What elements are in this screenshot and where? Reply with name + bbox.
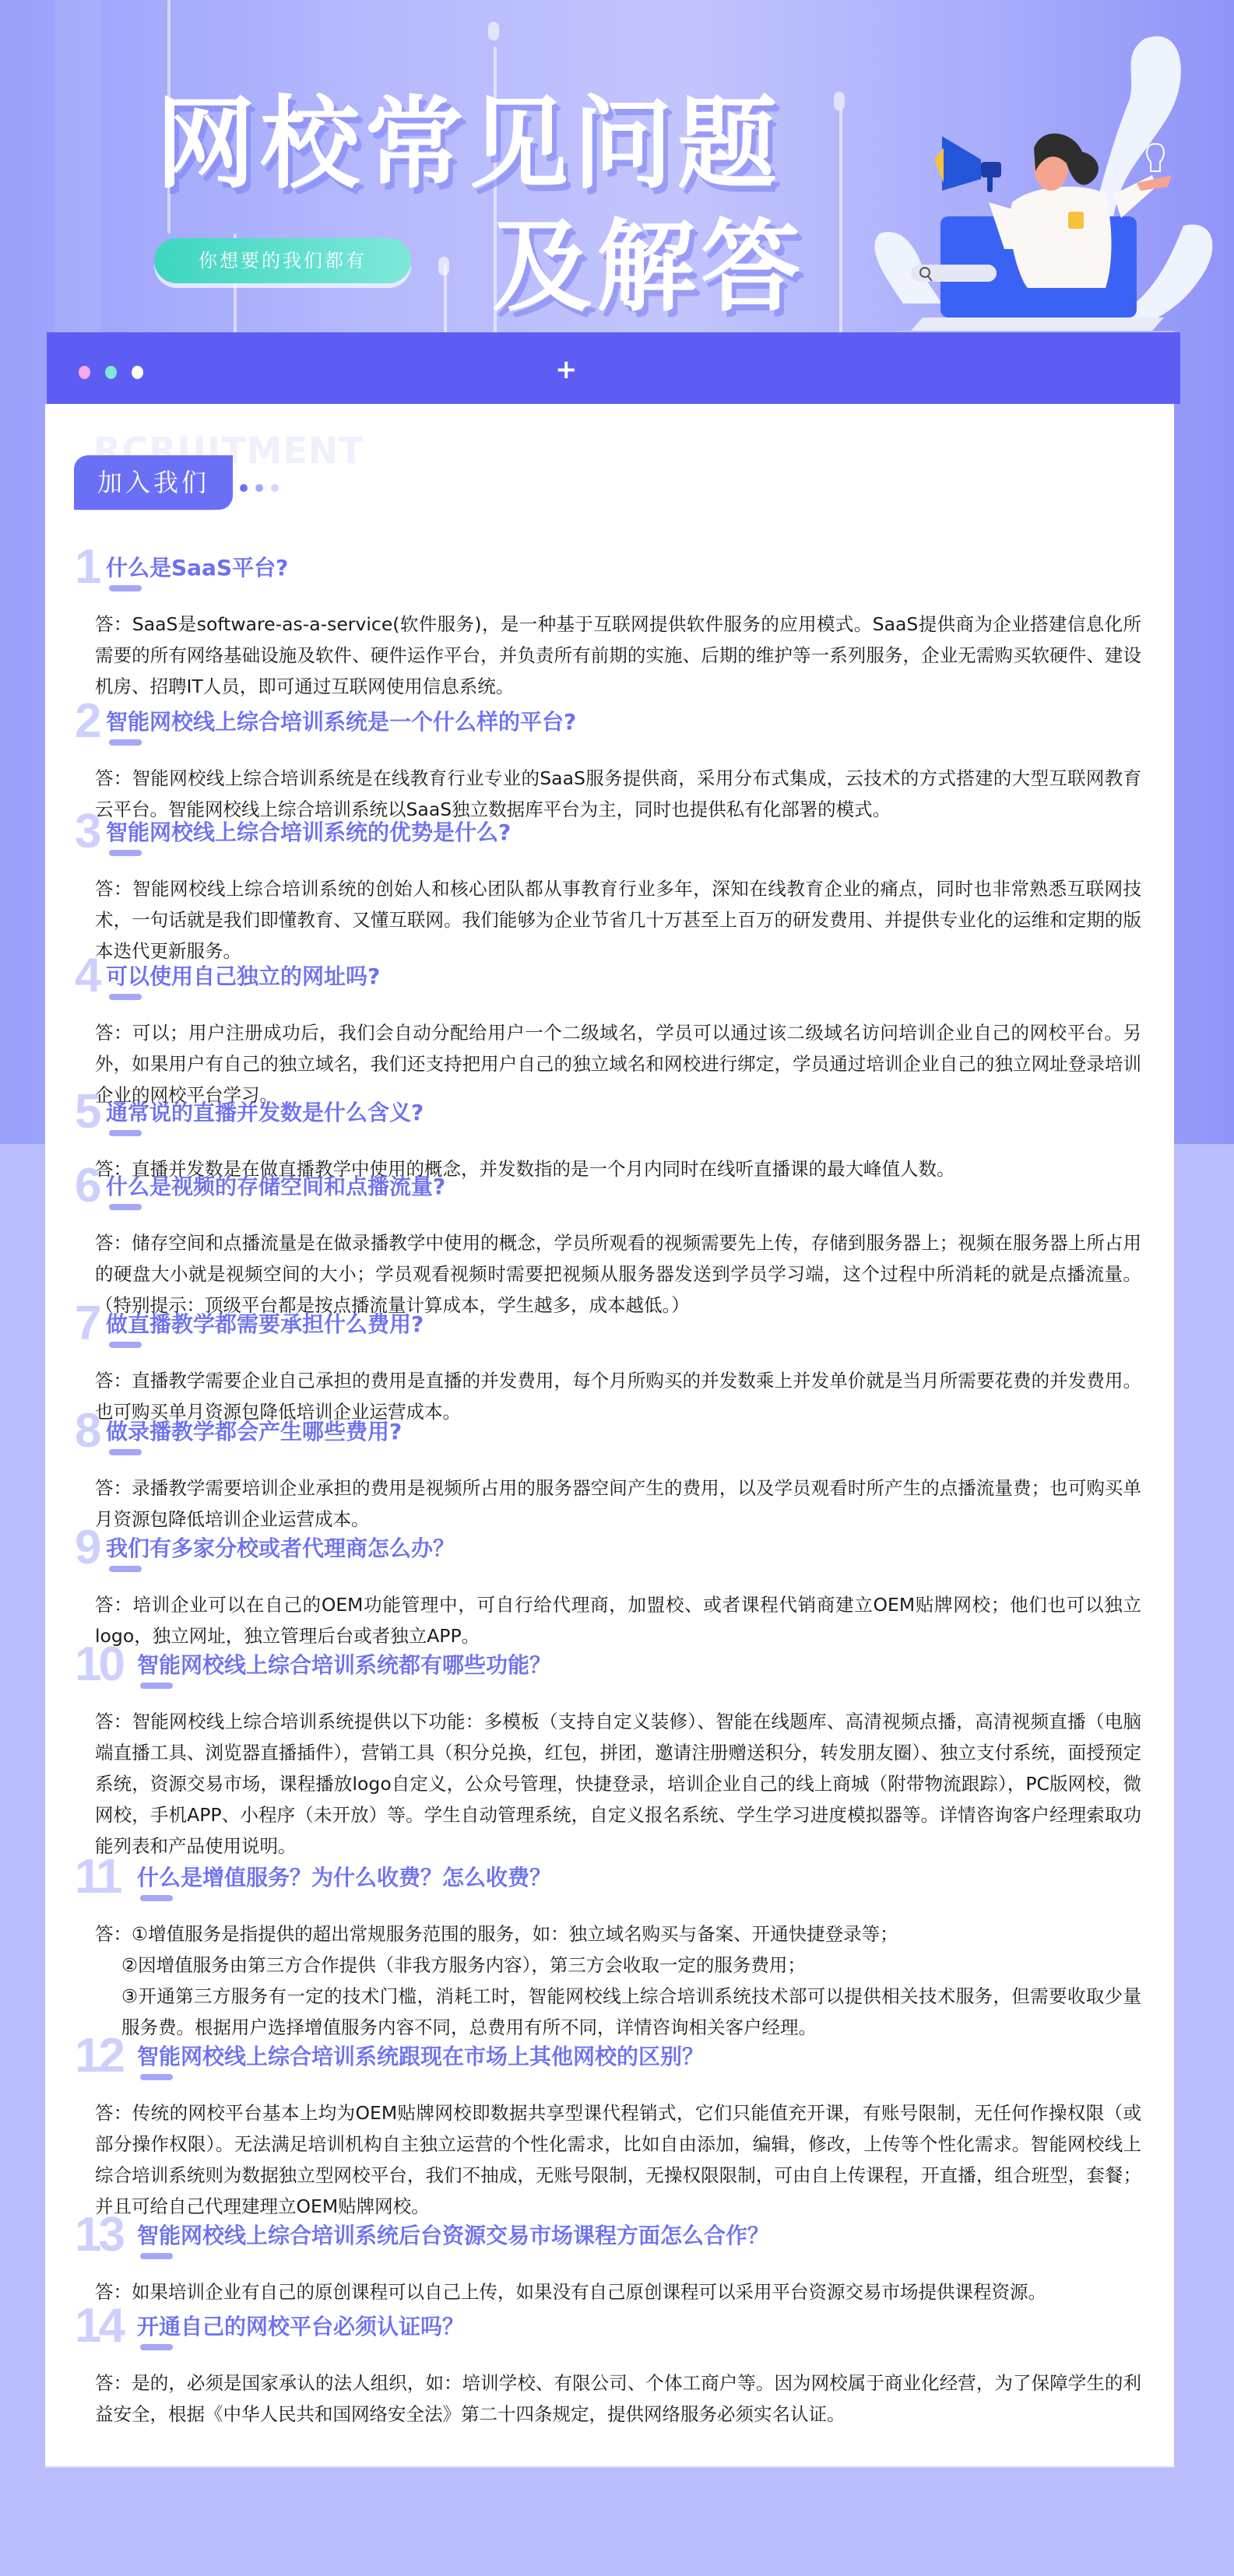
question-underline xyxy=(140,2344,173,2350)
deco-dot xyxy=(438,257,449,275)
faq-question: 智能网校线上综合培训系统后台资源交易市场课程方面怎么合作？ xyxy=(137,2219,769,2250)
faq-question: 可以使用自己独立的网址吗? xyxy=(106,960,380,991)
plus-icon: + xyxy=(555,354,578,385)
faq-question: 什么是SaaS平台? xyxy=(106,551,288,582)
page-title-line-2: 及解答 xyxy=(492,187,805,330)
faq-question-row: 14开通自己的网校平台必须认证吗？ xyxy=(75,2304,1149,2349)
window-dot-white xyxy=(132,366,143,379)
slogan-pill: 你想要的我们都有 xyxy=(154,238,411,283)
faq-item: 4可以使用自己独立的网址吗?答：可以；用户注册成功后，我们会自动分配给用户一个二… xyxy=(75,953,1149,1111)
faq-item: 9我们有多家分校或者代理商怎么办？答：培训企业可以在自己的OEM功能管理中，可自… xyxy=(75,1525,1149,1651)
question-number: 13 xyxy=(75,2209,122,2261)
question-number: 6 xyxy=(75,1160,98,1212)
answer-paragraph: ②因增值服务由第三方合作提供（非我方服务内容），第三方会收取一定的服务费用； xyxy=(95,1950,1141,1981)
question-underline xyxy=(109,739,142,746)
deco-dot xyxy=(834,92,845,111)
answer-paragraph: 答：是的，必须是国家承认的法人组织，如：培训学校、有限公司、个体工商户等。因为网… xyxy=(95,2367,1141,2430)
faq-item: 6什么是视频的存储空间和点播流量?答：储存空间和点播流量是在做录播教学中使用的概… xyxy=(75,1163,1149,1321)
answer-paragraph: 答：如果培训企业有自己的原创课程可以自己上传，如果没有自己原创课程可以采用平台资… xyxy=(95,2276,1141,2308)
faq-item: 14开通自己的网校平台必须认证吗？答：是的，必须是国家承认的法人组织，如：培训学… xyxy=(75,2304,1149,2430)
faq-item: 2智能网校线上综合培训系统是一个什么样的平台?答：智能网校线上综合培训系统是在线… xyxy=(75,699,1149,825)
question-underline xyxy=(109,994,142,1000)
faq-item: 10智能网校线上综合培训系统都有哪些功能？答：智能网校线上综合培训系统提供以下功… xyxy=(75,1642,1149,1862)
faq-answer: 答：是的，必须是国家承认的法人组织，如：培训学校、有限公司、个体工商户等。因为网… xyxy=(75,2367,1149,2430)
megaphone xyxy=(942,136,981,191)
faq-question-row: 12智能网校线上综合培训系统跟现在市场上其他网校的区别？ xyxy=(75,2034,1149,2079)
answer-paragraph: 答：①增值服务是指提供的超出常规服务范围的服务，如：独立域名购买与备案、开通快捷… xyxy=(95,1918,1141,1950)
faq-answer: 答：智能网校线上综合培训系统的创始人和核心团队都从事教育行业多年，深知在线教育企… xyxy=(75,873,1149,967)
faq-question: 做录播教学都会产生哪些费用? xyxy=(106,1415,402,1446)
faq-question-row: 9我们有多家分校或者代理商怎么办？ xyxy=(75,1525,1149,1571)
faq-question: 智能网校线上综合培训系统的优势是什么? xyxy=(106,816,511,847)
faq-answer: 答：传统的网校平台基本上均为OEM贴牌网校即数据共享型课代程销式，它们只能值充开… xyxy=(75,2097,1149,2222)
question-underline xyxy=(109,1342,142,1348)
faq-item: 3智能网校线上综合培训系统的优势是什么?答：智能网校线上综合培训系统的创始人和核… xyxy=(75,809,1149,967)
faq-item: 11什么是增值服务？为什么收费？怎么收费？答：①增值服务是指提供的超出常规服务范… xyxy=(75,1855,1149,2043)
question-number: 5 xyxy=(75,1086,98,1138)
faq-question: 通常说的直播并发数是什么含义? xyxy=(106,1096,424,1127)
question-number: 12 xyxy=(75,2030,122,2082)
faq-question-row: 2智能网校线上综合培训系统是一个什么样的平台? xyxy=(75,699,1149,744)
question-underline xyxy=(140,1683,173,1689)
question-underline xyxy=(140,2253,173,2259)
faq-answer: 答：智能网校线上综合培训系统提供以下功能：多模板（支持自定义装修）、智能在线题库… xyxy=(75,1706,1149,1862)
dot-icon xyxy=(271,484,279,492)
faq-answer: 答：SaaS是software-as-a-service(软件服务)，是一种基于… xyxy=(75,609,1149,702)
question-number: 8 xyxy=(75,1406,98,1457)
answer-paragraph: 答：传统的网校平台基本上均为OEM贴牌网校即数据共享型课代程销式，它们只能值充开… xyxy=(95,2097,1141,2222)
question-number: 4 xyxy=(75,950,98,1002)
question-number: 1 xyxy=(75,542,98,593)
faq-item: 8做录播教学都会产生哪些费用?答：录播教学需要培训企业承担的费用是视频所占用的服… xyxy=(75,1409,1149,1535)
question-underline xyxy=(109,1204,142,1210)
faq-question-row: 7做直播教学都需要承担什么费用? xyxy=(75,1301,1149,1346)
answer-paragraph: 答：智能网校线上综合培训系统提供以下功能：多模板（支持自定义装修）、智能在线题库… xyxy=(95,1706,1141,1862)
faq-item: 12智能网校线上综合培训系统跟现在市场上其他网校的区别？答：传统的网校平台基本上… xyxy=(75,2034,1149,2222)
faq-question-row: 8做录播教学都会产生哪些费用? xyxy=(75,1409,1149,1454)
question-number: 9 xyxy=(75,1522,98,1574)
faq-question-row: 11什么是增值服务？为什么收费？怎么收费？ xyxy=(75,1855,1149,1900)
question-underline xyxy=(140,1895,173,1901)
question-underline xyxy=(109,850,142,856)
dot-icon xyxy=(240,484,248,492)
faq-question: 什么是增值服务？为什么收费？怎么收费？ xyxy=(137,1861,551,1892)
question-underline xyxy=(109,585,142,591)
faq-item: 13智能网校线上综合培训系统后台资源交易市场课程方面怎么合作？答：如果培训企业有… xyxy=(75,2213,1149,2308)
section-dots xyxy=(240,480,287,495)
section-label: 加入我们 xyxy=(74,455,233,510)
page-title-line-1: 网校常见问题 xyxy=(156,64,782,207)
question-number: 14 xyxy=(75,2301,122,2352)
woman-megaphone-illustration xyxy=(856,16,1222,342)
window-title-bar: + xyxy=(47,332,1180,404)
faq-question: 智能网校线上综合培训系统是一个什么样的平台? xyxy=(106,705,576,736)
question-number: 2 xyxy=(75,696,98,747)
faq-question: 开通自己的网校平台必须认证吗？ xyxy=(137,2310,464,2341)
faq-question-row: 3智能网校线上综合培训系统的优势是什么? xyxy=(75,809,1149,855)
question-number: 10 xyxy=(75,1639,122,1690)
faq-question-row: 10智能网校线上综合培训系统都有哪些功能？ xyxy=(75,1642,1149,1687)
faq-question-row: 6什么是视频的存储空间和点播流量? xyxy=(75,1163,1149,1209)
faq-question-row: 4可以使用自己独立的网址吗? xyxy=(75,953,1149,998)
faq-question: 什么是视频的存储空间和点播流量? xyxy=(106,1170,445,1201)
window-dot-teal xyxy=(105,366,117,379)
question-number: 7 xyxy=(75,1298,98,1349)
question-number: 3 xyxy=(75,806,98,858)
faq-question: 智能网校线上综合培训系统跟现在市场上其他网校的区别？ xyxy=(137,2040,704,2071)
question-underline xyxy=(109,1130,142,1136)
question-number: 11 xyxy=(75,1851,120,1903)
faq-question-row: 1什么是SaaS平台? xyxy=(75,545,1149,590)
question-underline xyxy=(140,2074,173,2080)
deco-dot xyxy=(488,22,499,40)
faq-answer: 答：如果培训企业有自己的原创课程可以自己上传，如果没有自己原创课程可以采用平台资… xyxy=(75,2276,1149,2308)
answer-paragraph: 答：SaaS是software-as-a-service(软件服务)，是一种基于… xyxy=(95,609,1141,702)
answer-paragraph: 答：智能网校线上综合培训系统的创始人和核心团队都从事教育行业多年，深知在线教育企… xyxy=(95,873,1141,967)
faq-question-row: 13智能网校线上综合培训系统后台资源交易市场课程方面怎么合作？ xyxy=(75,2213,1149,2258)
faq-question: 做直播教学都需要承担什么费用? xyxy=(106,1307,424,1339)
faq-answer: 答：①增值服务是指提供的超出常规服务范围的服务，如：独立域名购买与备案、开通快捷… xyxy=(75,1918,1149,2043)
faq-item: 1什么是SaaS平台?答：SaaS是software-as-a-service(… xyxy=(75,545,1149,702)
faq-question: 我们有多家分校或者代理商怎么办？ xyxy=(106,1532,455,1563)
question-underline xyxy=(109,1449,142,1455)
lightbulb-icon xyxy=(1147,144,1164,171)
faq-question-row: 5通常说的直播并发数是什么含义? xyxy=(75,1090,1149,1135)
window-dot-pink xyxy=(79,366,90,379)
question-underline xyxy=(109,1566,142,1572)
faq-question: 智能网校线上综合培训系统都有哪些功能？ xyxy=(137,1648,551,1679)
deco-line xyxy=(839,109,842,335)
dot-icon xyxy=(255,484,263,492)
